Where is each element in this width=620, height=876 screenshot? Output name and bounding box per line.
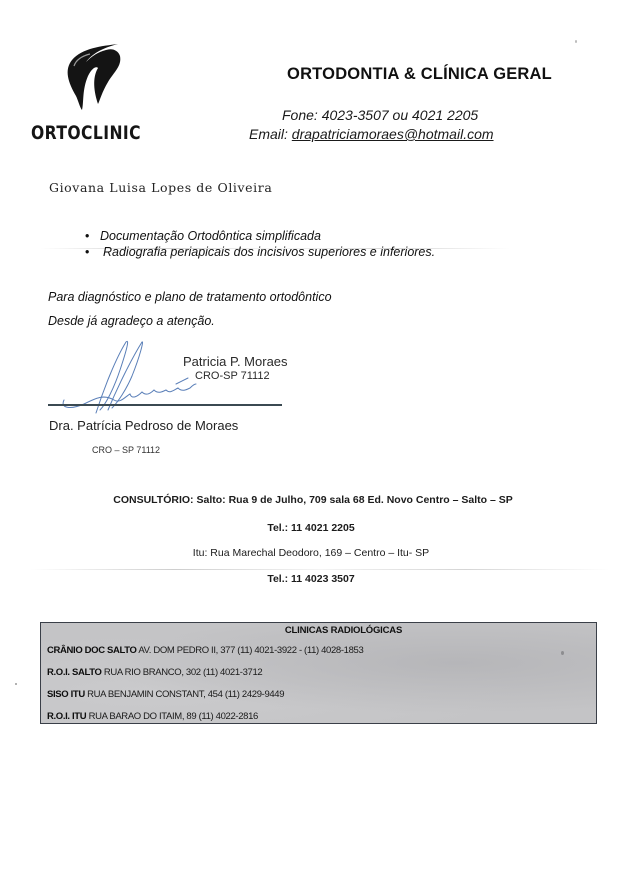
radiology-clinics-box: CLINICAS RADIOLÓGICAS CRÂNIO DOC SALTO A…	[40, 622, 597, 724]
handwritten-signature	[56, 338, 206, 418]
clinic-item: R.O.I. SALTO RUA RIO BRANCO, 302 (11) 40…	[47, 667, 262, 678]
bullet-icon: •	[85, 245, 100, 259]
scan-speck	[575, 40, 577, 43]
bullet-icon: •	[85, 229, 100, 243]
clinic-item: SISO ITU RUA BENJAMIN CONSTANT, 454 (11)…	[47, 689, 284, 700]
office-salto-phone: Tel.: 11 4021 2205	[0, 522, 620, 534]
doctor-cro: CRO – SP 71112	[92, 445, 160, 455]
office-itu-phone: Tel.: 11 4023 3507	[0, 573, 620, 585]
email-label: Email:	[249, 126, 288, 142]
clinic-phone: Fone: 4023-3507 ou 4021 2205	[282, 107, 478, 123]
clinic-item: R.O.I. ITU RUA BARAO DO ITAIM, 89 (11) 4…	[47, 711, 258, 722]
signature-line	[48, 404, 282, 406]
logo-text: ORTOCLINIC	[31, 122, 141, 144]
email-link[interactable]: drapatriciamoraes@hotmail.com	[292, 126, 494, 142]
office-salto-address: CONSULTÓRIO: Salto: Rua 9 de Julho, 709 …	[0, 494, 620, 506]
clinic-item: CRÂNIO DOC SALTO AV. DOM PEDRO II, 377 (…	[47, 645, 363, 656]
patient-name: Giovana Luisa Lopes de Oliveira	[49, 180, 272, 195]
purpose-text: Para diagnóstico e plano de tratamento o…	[48, 290, 332, 304]
doctor-name: Dra. Patrícia Pedroso de Moraes	[49, 418, 238, 433]
office-label: CONSULTÓRIO:	[113, 494, 193, 506]
clinic-email: Email: drapatriciamoraes@hotmail.com	[249, 126, 494, 142]
scan-speck	[561, 651, 564, 655]
clinics-title: CLINICAS RADIOLÓGICAS	[41, 625, 596, 636]
scan-speck	[15, 683, 17, 685]
request-item: •Radiografia periapicais dos incisivos s…	[85, 245, 435, 259]
office-itu-address: Itu: Rua Marechal Deodoro, 169 – Centro …	[0, 547, 620, 559]
clinic-title: ORTODONTIA & CLÍNICA GERAL	[0, 65, 620, 84]
stamp-cro: CRO-SP 71112	[195, 370, 270, 382]
paper-crease	[30, 569, 610, 570]
thanks-text: Desde já agradeço a atenção.	[48, 314, 215, 328]
request-item: •Documentação Ortodôntica simplificada	[85, 229, 321, 243]
